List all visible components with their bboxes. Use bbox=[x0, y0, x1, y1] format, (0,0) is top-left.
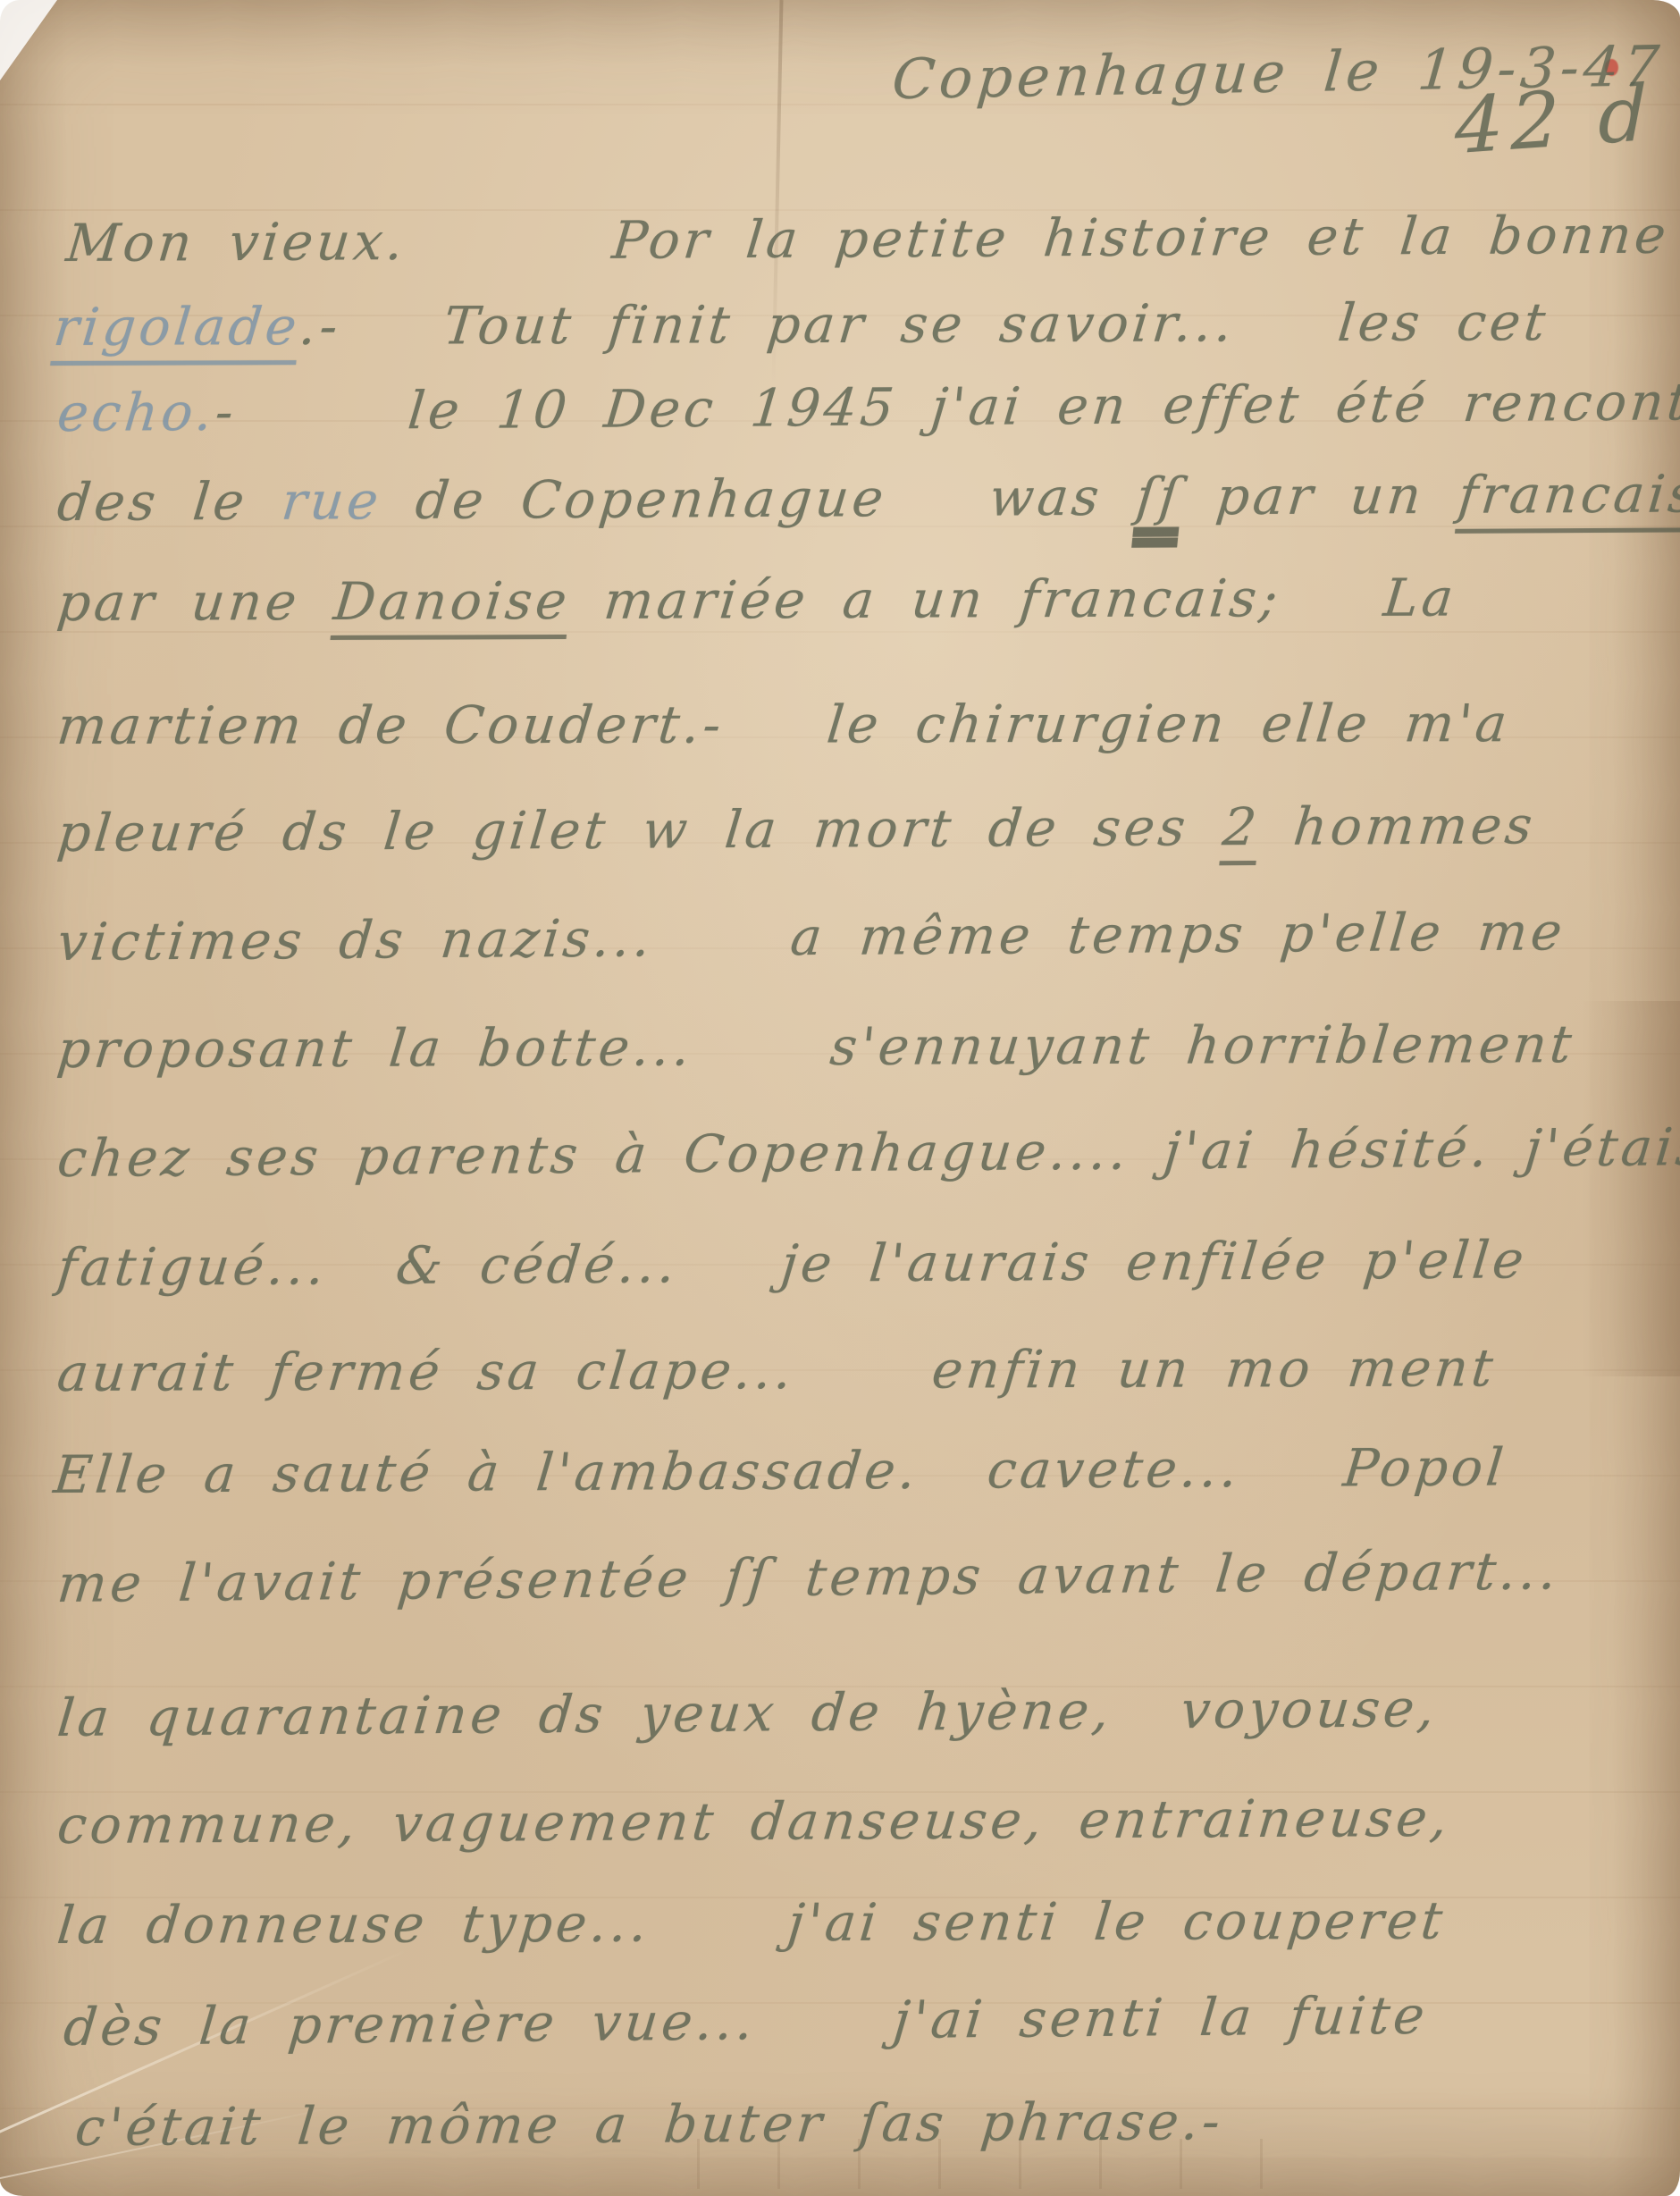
handwriting-line: des le rue de Copenhague was ſſ par un f… bbox=[55, 463, 1680, 533]
handwriting-line: fatigué... & cédé... je l'aurais enfilée… bbox=[55, 1229, 1530, 1298]
handwriting-segment: victimes ds nazis... a même temps p'elle… bbox=[55, 901, 1568, 972]
handwriting-segment: aurait fermé sa clape... enfin un mo men… bbox=[55, 1337, 1499, 1403]
handwriting-line: Mon vieux. Por la petite histoire et la … bbox=[63, 205, 1672, 273]
handwriting-line: la donneuse type... j'ai senti le couper… bbox=[55, 1890, 1449, 1956]
handwriting-line: me l'avait présentée ſſ temps avant le d… bbox=[55, 1540, 1562, 1614]
handwriting-segment: proposant la botte... s'ennuyant horribl… bbox=[55, 1014, 1578, 1080]
handwriting-line: proposant la botte... s'ennuyant horribl… bbox=[55, 1014, 1578, 1080]
handwriting-segment: hommes bbox=[1256, 795, 1539, 857]
handwriting-segment: mariée a un francais; La bbox=[567, 568, 1459, 631]
handwriting-segment: Mon vieux. bbox=[63, 211, 409, 273]
page-number-annotation: 42 d bbox=[1455, 68, 1654, 172]
handwriting-segment: des le bbox=[55, 471, 285, 533]
handwriting-line: martiem de Coudert.- le chirurgien elle … bbox=[55, 693, 1513, 756]
handwriting-segment: chez ses parents à Copenhague.... j'ai h… bbox=[55, 1116, 1680, 1189]
handwriting-segment: la quarantaine ds yeux de hyène, voyouse… bbox=[55, 1678, 1441, 1748]
handwriting-segment: dès la première vue... j'ai senti la fui… bbox=[61, 1985, 1431, 2057]
handwriting-segment: Danoise bbox=[331, 570, 573, 632]
handwriting-segment: martiem de Coudert.- le chirurgien elle … bbox=[55, 693, 1513, 756]
handwriting-segment: par une bbox=[55, 571, 337, 633]
handwriting-line: aurait fermé sa clape... enfin un mo men… bbox=[55, 1337, 1499, 1403]
handwriting-segment: 2 bbox=[1220, 796, 1263, 857]
handwriting-segment: Elle a sauté à l'ambassade. cavete... Po… bbox=[51, 1436, 1509, 1505]
handwriting-segment: ſſ bbox=[1133, 466, 1185, 526]
handwriting-line: commune, vaguement danseuse, entraineuse… bbox=[55, 1788, 1454, 1855]
handwriting-segment: c'était le môme a buter ſas phrase.- bbox=[72, 2091, 1226, 2158]
handwriting-line: victimes ds nazis... a même temps p'elle… bbox=[55, 901, 1568, 972]
handwriting-line: Elle a sauté à l'ambassade. cavete... Po… bbox=[51, 1436, 1509, 1505]
handwriting-line: c'était le môme a buter ſas phrase.- bbox=[72, 2091, 1226, 2158]
handwriting-segment: .- Tout finit par se savoir... les cet bbox=[297, 291, 1551, 357]
handwriting-line: la quarantaine ds yeux de hyène, voyouse… bbox=[55, 1678, 1441, 1748]
handwriting-line: par une Danoise mariée a un francais; La bbox=[55, 568, 1459, 633]
handwriting-segment: me l'avait présentée ſſ temps avant le d… bbox=[55, 1540, 1562, 1614]
handwriting-line: echo.- le 10 Dec 1945 j'ai en effet été … bbox=[55, 371, 1680, 443]
handwriting-segment: de Copenhague was bbox=[379, 467, 1140, 531]
letter-page: Copenhague le 19-3-47 42 d Mon vieux. Po… bbox=[0, 0, 1680, 2196]
handwriting-segment: fatigué... & cédé... je l'aurais enfilée… bbox=[55, 1229, 1530, 1298]
handwriting-segment: - le 10 Dec 1945 j'ai en effet été renco… bbox=[213, 371, 1680, 442]
handwriting-segment: francais bbox=[1456, 463, 1680, 525]
handwriting-segment: echo. bbox=[55, 382, 218, 443]
handwriting-segment: commune, vaguement danseuse, entraineuse… bbox=[55, 1788, 1454, 1855]
handwriting-segment: la donneuse type... j'ai senti le couper… bbox=[55, 1890, 1449, 1956]
handwriting-segment: Por la petite histoire et la bonne bbox=[403, 205, 1672, 272]
handwriting-segment: rue bbox=[279, 470, 384, 532]
handwriting-line: dès la première vue... j'ai senti la fui… bbox=[61, 1985, 1431, 2057]
torn-corner bbox=[0, 0, 57, 80]
handwriting-line: pleuré ds le gilet w la mort de ses 2 ho… bbox=[55, 795, 1538, 863]
edge-shadow bbox=[1582, 1001, 1680, 1376]
handwriting-segment: pleuré ds le gilet w la mort de ses bbox=[55, 796, 1226, 863]
handwriting-segment: par un bbox=[1179, 465, 1461, 527]
handwriting-line: rigolade.- Tout finit par se savoir... l… bbox=[51, 291, 1551, 358]
handwriting-segment: rigolade bbox=[51, 296, 303, 358]
handwriting-line: chez ses parents à Copenhague.... j'ai h… bbox=[55, 1116, 1680, 1189]
